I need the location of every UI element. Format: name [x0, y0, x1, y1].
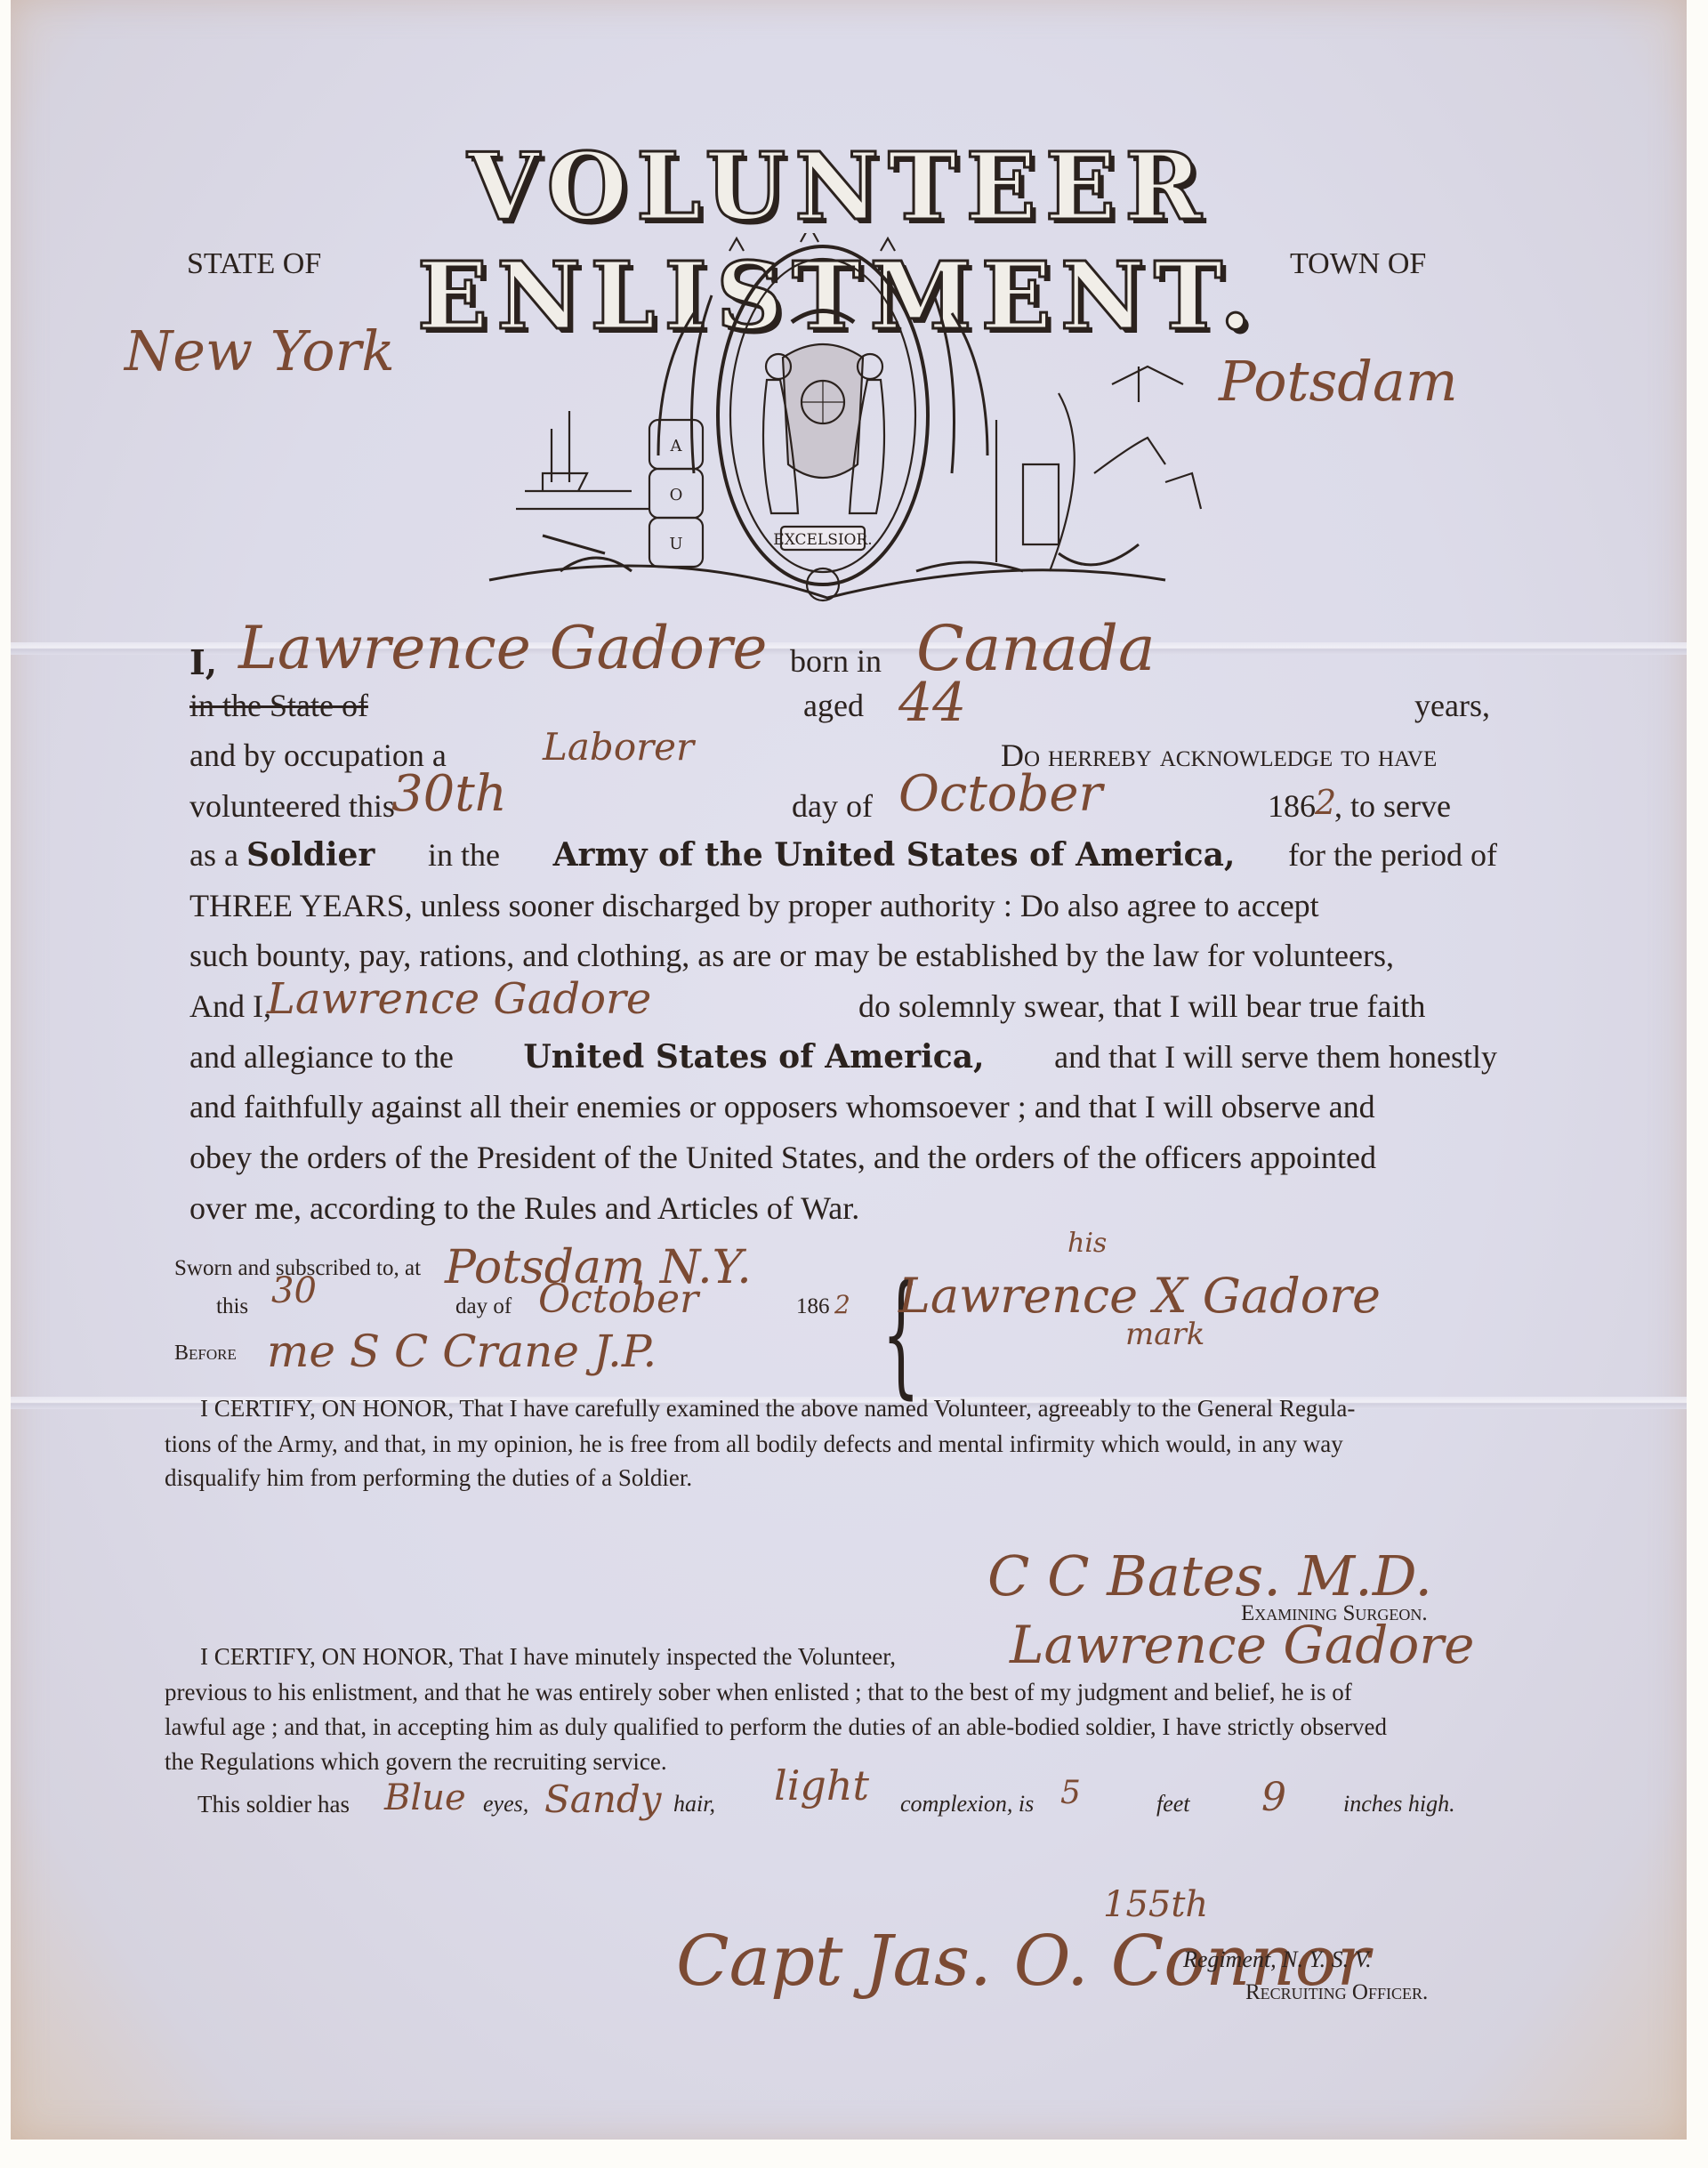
line10: and faithfully against all their enemies…: [189, 1088, 1497, 1125]
line1-prefix: I,: [189, 642, 217, 682]
surgeon-signature: C C Bates. M.D.: [987, 1543, 1432, 1608]
sworn-month-value: October: [538, 1277, 698, 1322]
enlist-day-value: 30th: [391, 765, 507, 823]
officer-cert-line3: lawful age ; and that, in accepting him …: [165, 1713, 1499, 1741]
eyes-label: eyes,: [483, 1791, 528, 1817]
years-label: years,: [1414, 687, 1490, 724]
inches-value: 9: [1261, 1775, 1286, 1820]
new-york-seal-engraving-icon: EXCELSIOR. A O U: [383, 233, 1263, 607]
officer-cert-line1: I CERTIFY, ON HONOR, That I have minutel…: [200, 1643, 896, 1671]
surgeon-cert-line3: disqualify him from performing the dutie…: [165, 1464, 692, 1492]
seal-motto: EXCELSIOR.: [773, 531, 872, 549]
hair-label: hair,: [673, 1791, 715, 1817]
state-of-struck-label: in the State of: [189, 687, 368, 724]
feet-label: feet: [1156, 1791, 1190, 1817]
surgeon-cert-line2: tions of the Army, and that, in my opini…: [165, 1431, 1499, 1458]
sworn-year-prefix: 186: [796, 1294, 830, 1319]
complexion-value: light: [774, 1761, 869, 1809]
eyes-value: Blue: [384, 1777, 466, 1818]
surgeon-cert-line1: I CERTIFY, ON HONOR, That I have careful…: [200, 1395, 1499, 1422]
officer-cert-line4: the Regulations which govern the recruit…: [165, 1748, 667, 1776]
line12: over me, according to the Rules and Arti…: [189, 1189, 859, 1227]
signature-mark: mark: [1125, 1317, 1204, 1352]
volunteer-name: Lawrence Gadore: [238, 614, 767, 682]
enlist-month-value: October: [898, 765, 1102, 823]
hair-value: Sandy: [544, 1777, 661, 1821]
regiment-number: 155th: [1103, 1884, 1208, 1925]
recruiter-title: Recruiting Officer.: [1245, 1980, 1428, 2005]
officer-cert-line2: previous to his enlistment, and that he …: [165, 1679, 1499, 1706]
state-label: STATE OF: [187, 247, 321, 281]
town-label: TOWN OF: [1290, 247, 1426, 281]
oath-name-value: Lawrence Gadore: [267, 974, 651, 1024]
to-serve-label: , to serve: [1334, 787, 1451, 825]
aged-label: aged: [803, 687, 864, 724]
description-prefix: This soldier has: [197, 1791, 350, 1818]
inspected-volunteer-name: Lawrence Gadore: [1010, 1615, 1474, 1675]
svg-text:U: U: [669, 535, 682, 553]
inches-label: inches high.: [1343, 1791, 1455, 1817]
complexion-label: complexion, is: [900, 1791, 1034, 1817]
line5: as a Soldier in the Army of the United S…: [189, 836, 1497, 874]
born-label: born in: [790, 642, 882, 680]
year-prefix: 186: [1268, 787, 1316, 825]
line6: THREE YEARS, unless sooner discharged by…: [189, 887, 1497, 924]
year-suffix: 2: [1315, 783, 1336, 822]
age-value: 44: [898, 672, 966, 734]
regiment-label: Regiment, N. Y. S. V.: [1183, 1946, 1372, 1973]
state-value: New York: [125, 318, 395, 383]
volunteered-label: volunteered this: [189, 787, 395, 825]
before-value: me S C Crane J.P.: [267, 1326, 657, 1377]
line11: obey the orders of the President of the …: [189, 1139, 1497, 1176]
sworn-day-of-label: day of: [455, 1294, 512, 1319]
line7: such bounty, pay, rations, and clothing,…: [189, 937, 1497, 974]
swear-text: do solemnly swear, that I will bear true…: [858, 987, 1425, 1025]
sworn-day-value: 30: [271, 1270, 317, 1311]
day-of-label: day of: [792, 787, 873, 825]
feet-value: 5: [1060, 1775, 1081, 1811]
occupation-value: Laborer: [543, 725, 694, 769]
signature-his: his: [1067, 1228, 1107, 1259]
sworn-year-suffix: 2: [834, 1290, 850, 1319]
before-label: Before: [174, 1342, 237, 1366]
and-i-label: And I,: [189, 987, 271, 1025]
svg-text:O: O: [670, 486, 683, 504]
this-label: this: [216, 1294, 248, 1319]
line9: and allegiance to the United States of A…: [189, 1038, 1497, 1076]
svg-text:A: A: [670, 437, 683, 455]
volunteer-signature: Lawrence X Gadore: [898, 1268, 1381, 1324]
